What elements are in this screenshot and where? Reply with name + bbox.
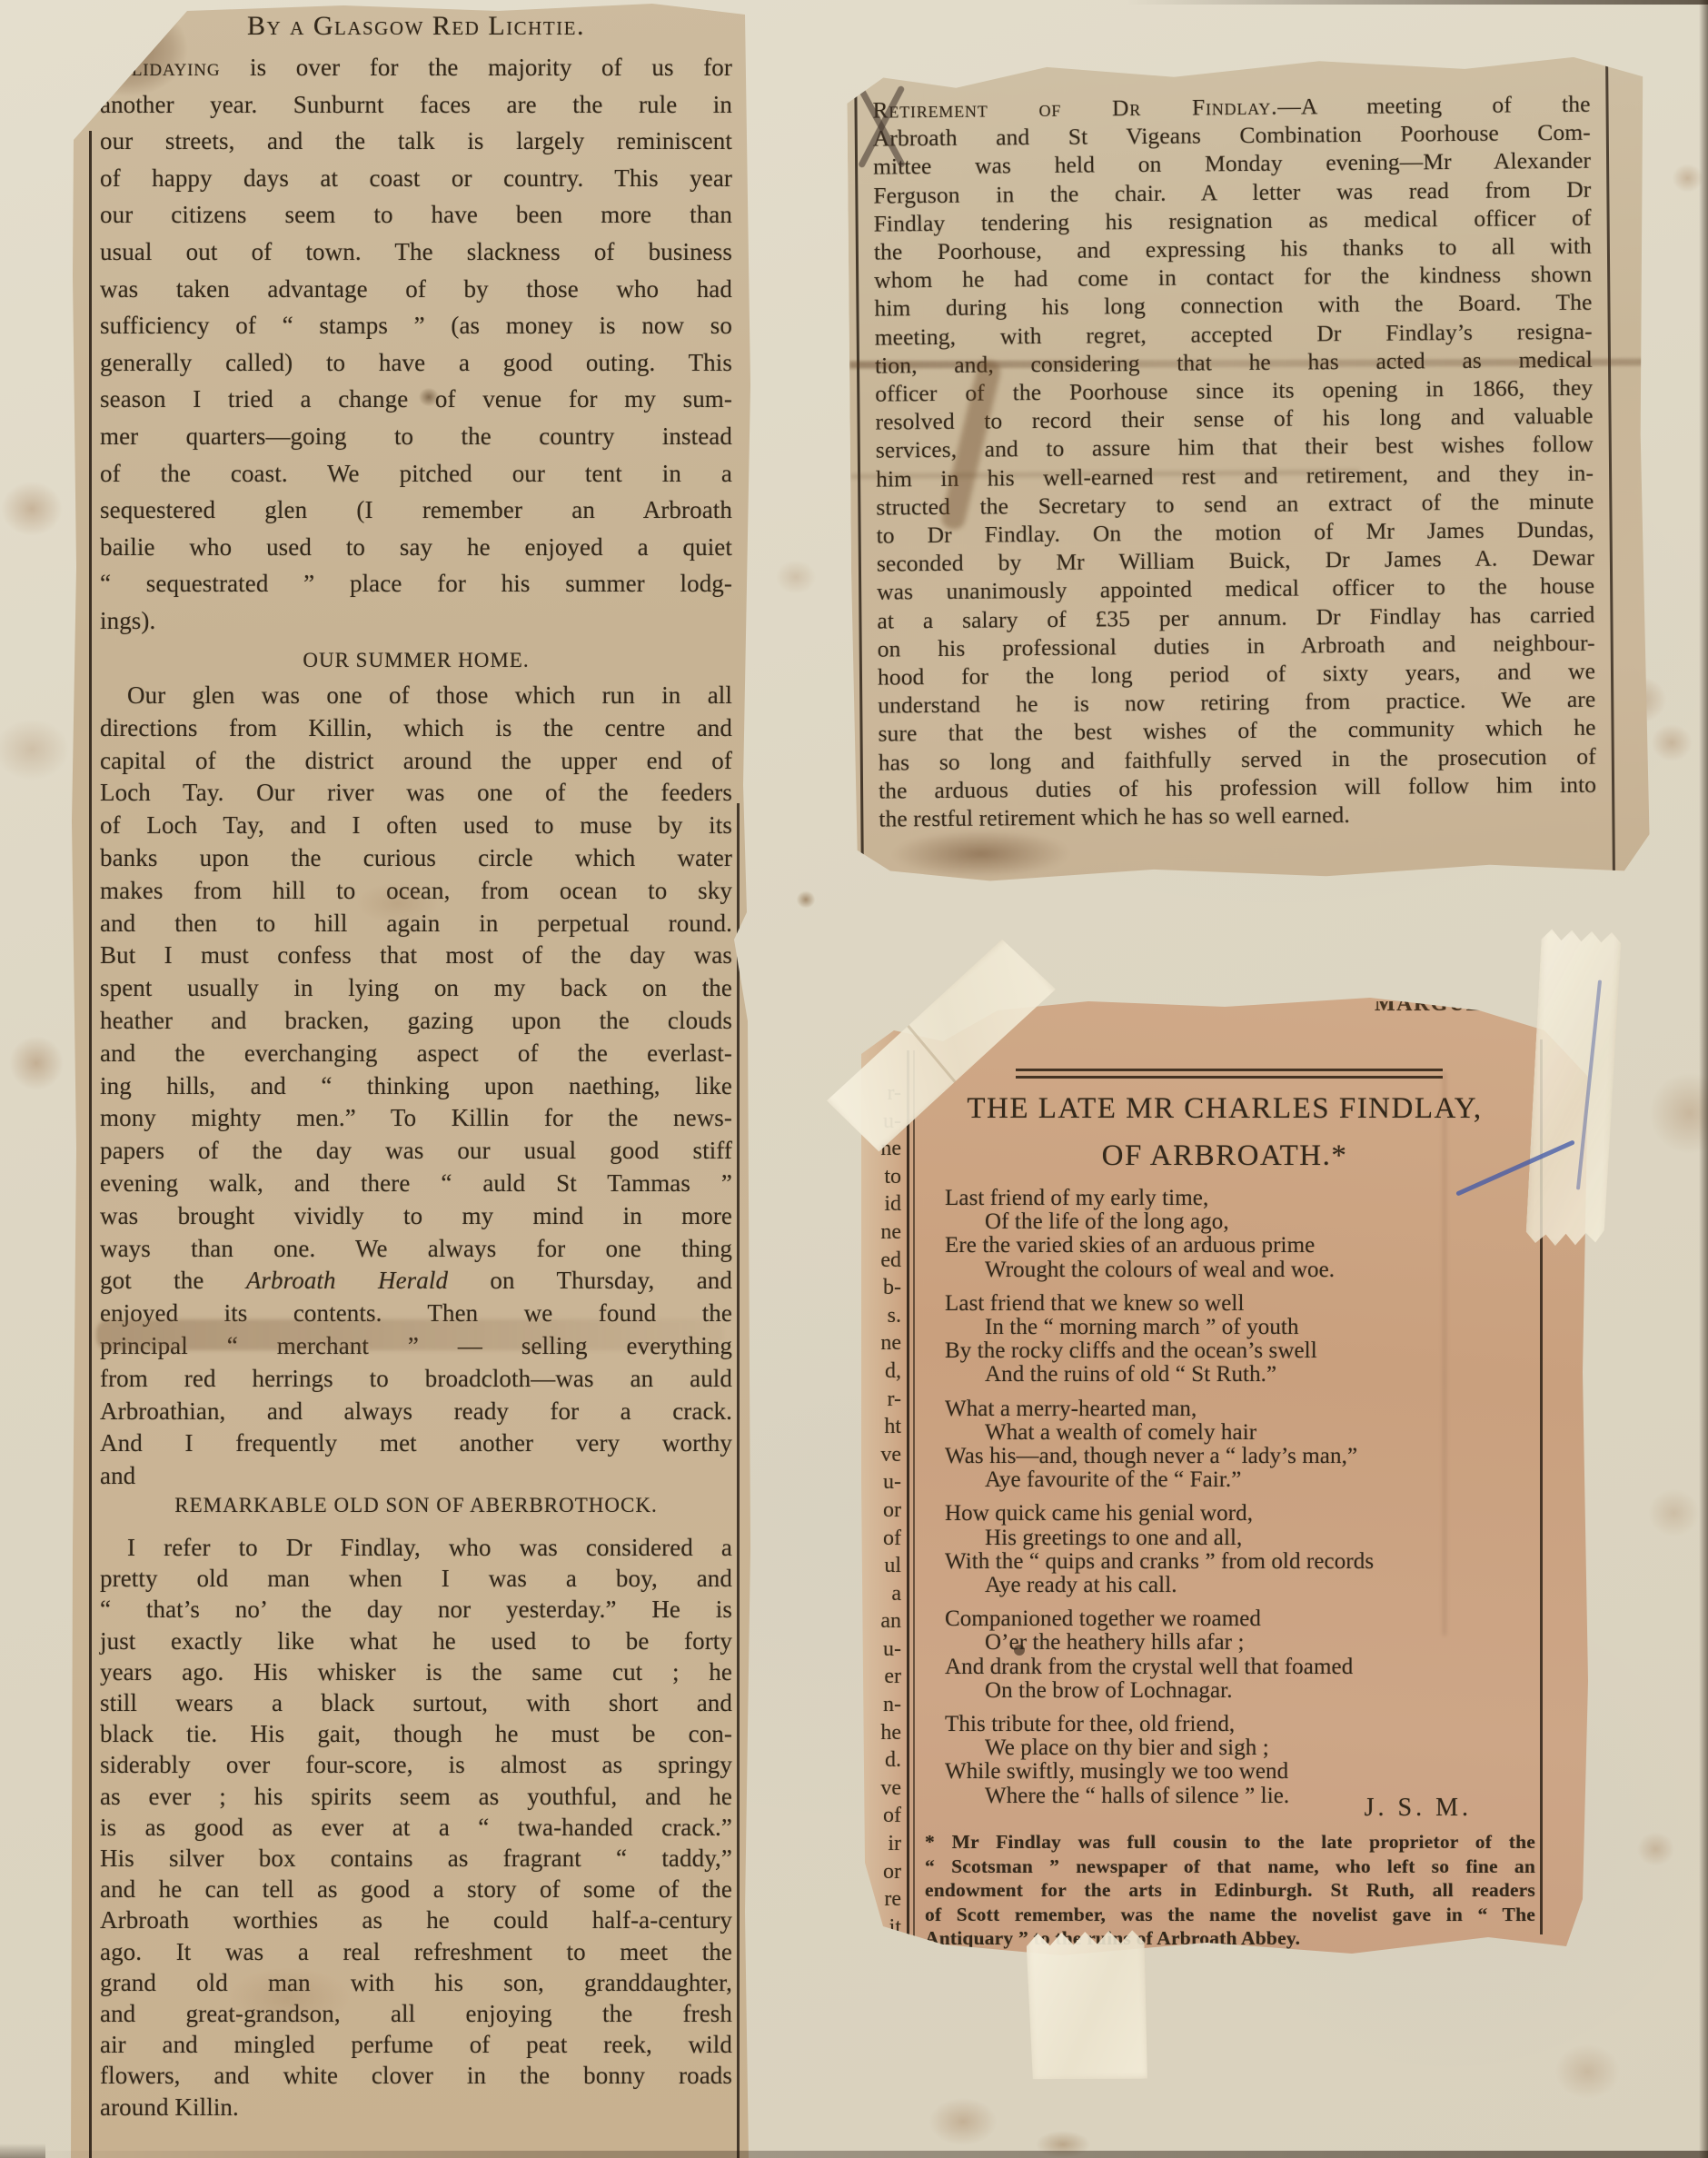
text-line: and [100, 1460, 732, 1493]
text-line: “ Scotsman ” newspaper of that name, who… [925, 1855, 1535, 1879]
text-line: directions from Killin, which is the cen… [100, 712, 732, 745]
text-line: makes from hill to ocean, from ocean to … [100, 875, 732, 908]
text-line: ago. It was a real refreshment to meet t… [100, 1936, 732, 1967]
foxing-stain [0, 709, 82, 791]
scan-edge [1699, 0, 1708, 2158]
text-line: Antiquary ” to the ruins of Arbroath Abb… [925, 1926, 1535, 1951]
text-line: our streets, and the talk is largely rem… [100, 123, 732, 160]
text-line: banks upon the curious circle which wate… [100, 842, 732, 875]
text-line: ing hills, and “ thinking upon naething,… [100, 1070, 732, 1103]
text-fragment: of [867, 1525, 901, 1553]
paragraph: Retirement of Dr Findlay.—A meeting of t… [872, 90, 1596, 833]
text-fragment: it [867, 1914, 901, 1942]
text-line: ways than one. We always for one thing [100, 1233, 732, 1266]
text-line: of Loch Tay, and I often used to muse by… [100, 810, 732, 842]
text-fragment: a [867, 1580, 901, 1608]
text-line: Arbroathian, and always ready for a crac… [100, 1396, 732, 1428]
text-line: was taken advantage of by those who had [100, 271, 732, 308]
poem-line: We place on thy bier and sigh ; [945, 1736, 1532, 1760]
text-fragment: b- [867, 1274, 901, 1302]
text-line: grand old man with his son, granddaughte… [100, 1967, 732, 1998]
tape-piece [1026, 1926, 1149, 2083]
text-line: “ that’s no’ the day nor yesterday.” He … [100, 1594, 732, 1625]
text-line: Loch Tay. Our river was one of the feede… [100, 777, 732, 810]
text-fragment: er [867, 1663, 901, 1691]
poem-line: Companioned together we roamed [945, 1607, 1532, 1631]
text-line: around Killin. [100, 2092, 732, 2123]
text-line: And I frequently met another very worthy [100, 1427, 732, 1460]
text-fragment: ht [867, 1413, 901, 1441]
text-line: principal “ merchant ” — selling everyth… [100, 1330, 732, 1363]
text-fragment: ul [867, 1552, 901, 1580]
poem-line: This tribute for thee, old friend, [945, 1713, 1532, 1736]
ink-spot [1014, 1645, 1025, 1656]
foxing-stain [1635, 1059, 1708, 1168]
text-fragment: to [867, 1163, 901, 1191]
poem-title: THE LATE MR CHARLES FINDLAY, [916, 1092, 1534, 1126]
text-line: usual out of town. The slackness of busi… [100, 234, 732, 271]
text-line: flowers, and white clover in the bonny r… [100, 2060, 732, 2091]
paragraph: I refer to Dr Findlay, who was considere… [100, 1532, 732, 2123]
text-line: endowment for the arts in Edinburgh. St … [925, 1878, 1535, 1903]
byline: By a Glasgow Red Lichtie. [100, 11, 732, 42]
scan-edge [1127, 0, 1708, 5]
foxing-stain [1640, 1481, 1708, 1545]
column-rule [907, 1050, 909, 1936]
poem-line: What a wealth of comely hair [945, 1421, 1532, 1445]
column-rule [854, 87, 864, 875]
text-line: black tie. His gait, though he must be c… [100, 1718, 732, 1749]
foxing-stain [769, 554, 823, 600]
text-line: of happy days at coast or country. This … [100, 160, 732, 197]
foxing-stain [1544, 2035, 1631, 2108]
text-line: “ sequestrated ” place for his summer lo… [100, 565, 732, 602]
double-rule [1016, 1069, 1443, 1071]
subheading: REMARKABLE OLD SON OF ABERBROTHOCK. [100, 1494, 732, 1517]
text-line: * Mr Findlay was full cousin to the late… [925, 1830, 1535, 1855]
text-line: evening walk, and there “ auld St Tammas… [100, 1168, 732, 1200]
poem-line: On the brow of Lochnagar. [945, 1679, 1532, 1703]
text-line: and great-grandson, all enjoying the fre… [100, 1998, 732, 2029]
foxing-stain [794, 889, 818, 910]
text-line: His silver box contains as fragrant “ ta… [100, 1843, 732, 1874]
scrapbook-page: { "page": { "description": "Scrapbook al… [0, 0, 1708, 2158]
paragraph: Our glen was one of those which run in a… [100, 680, 732, 1493]
text-line: Holidaying is over for the majority of u… [100, 49, 732, 86]
clipping-retirement-dr-findlay: Retirement of Dr Findlay.—A meeting of t… [847, 53, 1650, 882]
poem-line: While swiftly, musingly we too wend [945, 1760, 1532, 1784]
column-rule [1605, 54, 1615, 876]
foxing-stain [0, 472, 73, 545]
poem-line: Ere the varied skies of an arduous prime [945, 1234, 1532, 1258]
text-line: Arbroath worthies as he could half-a-cen… [100, 1904, 732, 1935]
poem-line: Wrought the colours of weal and woe. [945, 1258, 1532, 1282]
text-line: of the coast. We pitched our tent in a [100, 455, 732, 492]
text-line: mony mighty men.” To Killin for the news… [100, 1102, 732, 1135]
text-fragment: ed [867, 1247, 901, 1275]
text-line: generally called) to have a good outing.… [100, 344, 732, 382]
text-line: air and mingled perfume of peat reek, wi… [100, 2029, 732, 2060]
text-line: and then to hill again in perpetual roun… [100, 908, 732, 940]
poem-stanza: How quick came his genial word,His greet… [945, 1502, 1532, 1597]
poem-line: Of the life of the long ago, [945, 1210, 1532, 1234]
foxing-stain [1631, 1826, 1681, 1872]
poem-stanza: Last friend of my early time,Of the life… [945, 1187, 1532, 1282]
text-line: and the everchanging aspect of the everl… [100, 1038, 732, 1070]
text-fragment: u- [867, 1636, 901, 1664]
text-fragment: or [867, 1497, 901, 1525]
column-rule [89, 131, 92, 2158]
text-fragment: id [867, 1190, 901, 1218]
poem-line: Aye favourite of the “ Fair.” [945, 1468, 1532, 1492]
poem-line: His greetings to one and all, [945, 1527, 1532, 1550]
tape-piece [1525, 927, 1622, 1248]
text-line: Our glen was one of those which run in a… [100, 680, 732, 712]
text-line: is as good as ever at a “ twa-handed cra… [100, 1812, 732, 1843]
text-line: enjoyed its contents. Then we found the [100, 1298, 732, 1330]
poem-line: Last friend that we knew so well [945, 1292, 1532, 1316]
headline-fragment: MARGUERITE [1375, 994, 1541, 1014]
text-line: the restful retirement which he has so w… [879, 799, 1596, 833]
text-fragment: d. [867, 1746, 901, 1775]
text-line: still wears a black surtout, with short … [100, 1687, 732, 1718]
text-line: mer quarters—going to the country instea… [100, 418, 732, 455]
column-rule [737, 803, 740, 2158]
column-rule [913, 1050, 915, 1936]
text-line: got the Arbroath Herald on Thursday, and [100, 1265, 732, 1298]
text-fragment: n- [867, 1691, 901, 1719]
text-line: heather and bracken, gazing upon the clo… [100, 1005, 732, 1038]
poem-title: OF ARBROATH.* [916, 1139, 1534, 1173]
poem-line: Aye ready at his call. [945, 1574, 1532, 1597]
clipping-poem-charles-findlay: r-u-netoidneedb-s.ned,r-htveu-orofulaanu… [861, 990, 1588, 1976]
adjacent-column-fragments: r-u-netoidneedb-s.ned,r-htveu-orofulaanu… [867, 1079, 901, 1941]
text-line: siderably over four-score, is almost as … [100, 1749, 732, 1780]
poem-signature: J. S. M. [1365, 1794, 1472, 1823]
text-line: I refer to Dr Findlay, who was considere… [100, 1532, 732, 1563]
text-line: sequestered glen (I remember an Arbroath [100, 492, 732, 529]
paragraph: Holidaying is over for the majority of u… [100, 49, 732, 640]
pencil-x-mark [852, 81, 911, 169]
poem-line: And the ruins of old “ St Ruth.” [945, 1363, 1532, 1387]
text-fragment: ir [867, 1830, 901, 1858]
foxing-stain [0, 1027, 73, 1099]
text-fragment: an [867, 1607, 901, 1636]
text-line: our citizens seem to have been more than [100, 196, 732, 234]
poem-line: O’er the heathery hills afar ; [945, 1631, 1532, 1655]
text-fragment: r- [867, 1386, 901, 1414]
text-fragment: re [867, 1885, 901, 1914]
poem-stanza: Last friend that we knew so wellIn the “… [945, 1292, 1532, 1387]
foxing-stain [1667, 159, 1708, 197]
text-line: capital of the district around the upper… [100, 745, 732, 778]
text-line: papers of the day was our usual good sti… [100, 1135, 732, 1168]
scan-edge [0, 2143, 45, 2158]
text-fragment: or [867, 1858, 901, 1886]
text-line: ings). [100, 602, 732, 640]
poem-line: Was his—and, though never a “ lady’s man… [945, 1445, 1532, 1468]
text-fragment: u- [867, 1468, 901, 1497]
foxing-stain [1644, 718, 1699, 768]
text-line: bailie who used to say he enjoyed a quie… [100, 529, 732, 566]
text-fragment: ne [867, 1329, 901, 1357]
text-fragment: d, [867, 1357, 901, 1386]
text-line: season I tried a change of venue for my … [100, 381, 732, 418]
text-line: another year. Sunburnt faces are the rul… [100, 86, 732, 124]
poem-line: And drank from the crystal well that foa… [945, 1656, 1532, 1679]
text-line: from red herrings to broadcloth—was an a… [100, 1363, 732, 1396]
text-line: years ago. His whisker is the same cut ;… [100, 1656, 732, 1687]
text-line: just exactly like what he used to be for… [100, 1626, 732, 1656]
text-fragment: s. [867, 1302, 901, 1330]
poem-line: Last friend of my early time, [945, 1187, 1532, 1210]
poem-stanza: Companioned together we roamedO’er the h… [945, 1607, 1532, 1703]
text-fragment: of [867, 1802, 901, 1830]
poem-body: Last friend of my early time,Of the life… [945, 1187, 1532, 1818]
double-rule [1016, 1076, 1443, 1079]
text-line: But I must confess that most of the day … [100, 940, 732, 972]
poem-line: In the “ morning march ” of youth [945, 1316, 1532, 1339]
subheading: OUR SUMMER HOME. [100, 649, 732, 672]
poem-stanza: What a merry-hearted man,What a wealth o… [945, 1397, 1532, 1493]
text-fragment: ve [867, 1441, 901, 1469]
text-fragment: ve [867, 1775, 901, 1803]
text-line: spent usually in lying on my back on the [100, 972, 732, 1005]
poem-line: With the “ quips and cranks ” from old r… [945, 1550, 1532, 1574]
footnote: * Mr Findlay was full cousin to the late… [925, 1830, 1535, 1951]
poem-line: What a merry-hearted man, [945, 1397, 1532, 1421]
text-line: as ever ; his spirits seem as youthful, … [100, 1781, 732, 1812]
text-line: and he can tell as good a story of some … [100, 1874, 732, 1904]
text-line: pretty old man when I was a boy, and [100, 1563, 732, 1594]
text-line: was brought vividly to my mind in more [100, 1200, 732, 1233]
text-fragment: he [867, 1719, 901, 1747]
clipping-glasgow-red-lichtie: By a Glasgow Red Lichtie. Holidaying is … [71, 4, 750, 2158]
text-line: sufficiency of “ stamps ” (as money is n… [100, 307, 732, 344]
poem-line: How quick came his genial word, [945, 1502, 1532, 1526]
text-fragment: ne [867, 1218, 901, 1247]
foxing-stain [918, 2090, 1008, 2153]
foxing-stain [1027, 2126, 1099, 2158]
poem-line: By the rocky cliffs and the ocean’s swel… [945, 1339, 1532, 1363]
text-line: of Scott remember, was the name the nove… [925, 1903, 1535, 1927]
